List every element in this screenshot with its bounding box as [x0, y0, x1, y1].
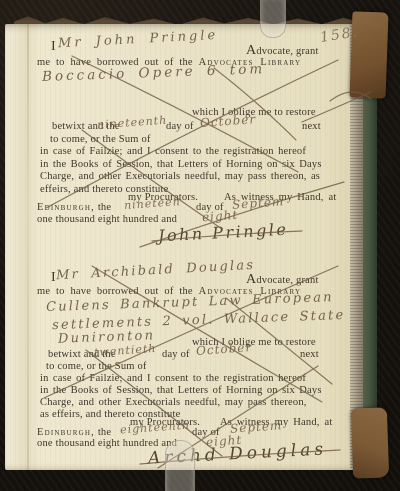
- printed-sum-line: to come, or the Sum of: [46, 361, 147, 372]
- printed-thousand-line: one thousand eight hundred and: [37, 214, 177, 225]
- printed-opening-initial: I: [51, 41, 56, 52]
- the-text: the: [98, 202, 111, 213]
- printed-session-line: in the Books of Session, that Letters of…: [40, 159, 322, 170]
- retaining-strap-top: [260, 0, 286, 38]
- edinburgh-text: Edinburgh,: [37, 427, 95, 438]
- printed-failzie-line: in case of Failzie; and I consent to the…: [40, 373, 306, 384]
- printed-failzie-line: in case of Failzie; and I consent to the…: [40, 146, 306, 157]
- printed-next-word: next: [300, 349, 319, 360]
- printed-charge-line: Charge, and other Executorials needful, …: [40, 171, 320, 182]
- printed-edinburgh-line: Edinburgh, the: [37, 427, 111, 438]
- printed-charge-line: Charge, and other Executorials needful, …: [40, 397, 307, 408]
- printed-session-line: in the Books of Session, that Letters of…: [40, 385, 322, 396]
- edinburgh-text: Edinburgh,: [37, 202, 95, 213]
- printed-advocate-grant: Advocate, grant: [246, 45, 319, 57]
- printed-advocate-grant: Advocate, grant: [246, 274, 319, 286]
- retaining-strap-bottom: [165, 440, 195, 491]
- printed-edinburgh-line: Edinburgh, the: [37, 202, 111, 213]
- printed-day-of: day of: [162, 349, 190, 360]
- the-text: the: [98, 427, 111, 438]
- page-gutter-crease: [27, 24, 29, 470]
- printed-next-word: next: [302, 121, 321, 132]
- printed-opening-initial: I: [51, 272, 56, 283]
- leather-corner-bottom-right: [351, 407, 389, 478]
- library-receipt-book-photo: 158. Mr John Pringle I Advocate, grant m…: [0, 0, 400, 491]
- printed-sum-line: to come, or the Sum of: [50, 134, 151, 145]
- printed-day-of: day of: [166, 121, 194, 132]
